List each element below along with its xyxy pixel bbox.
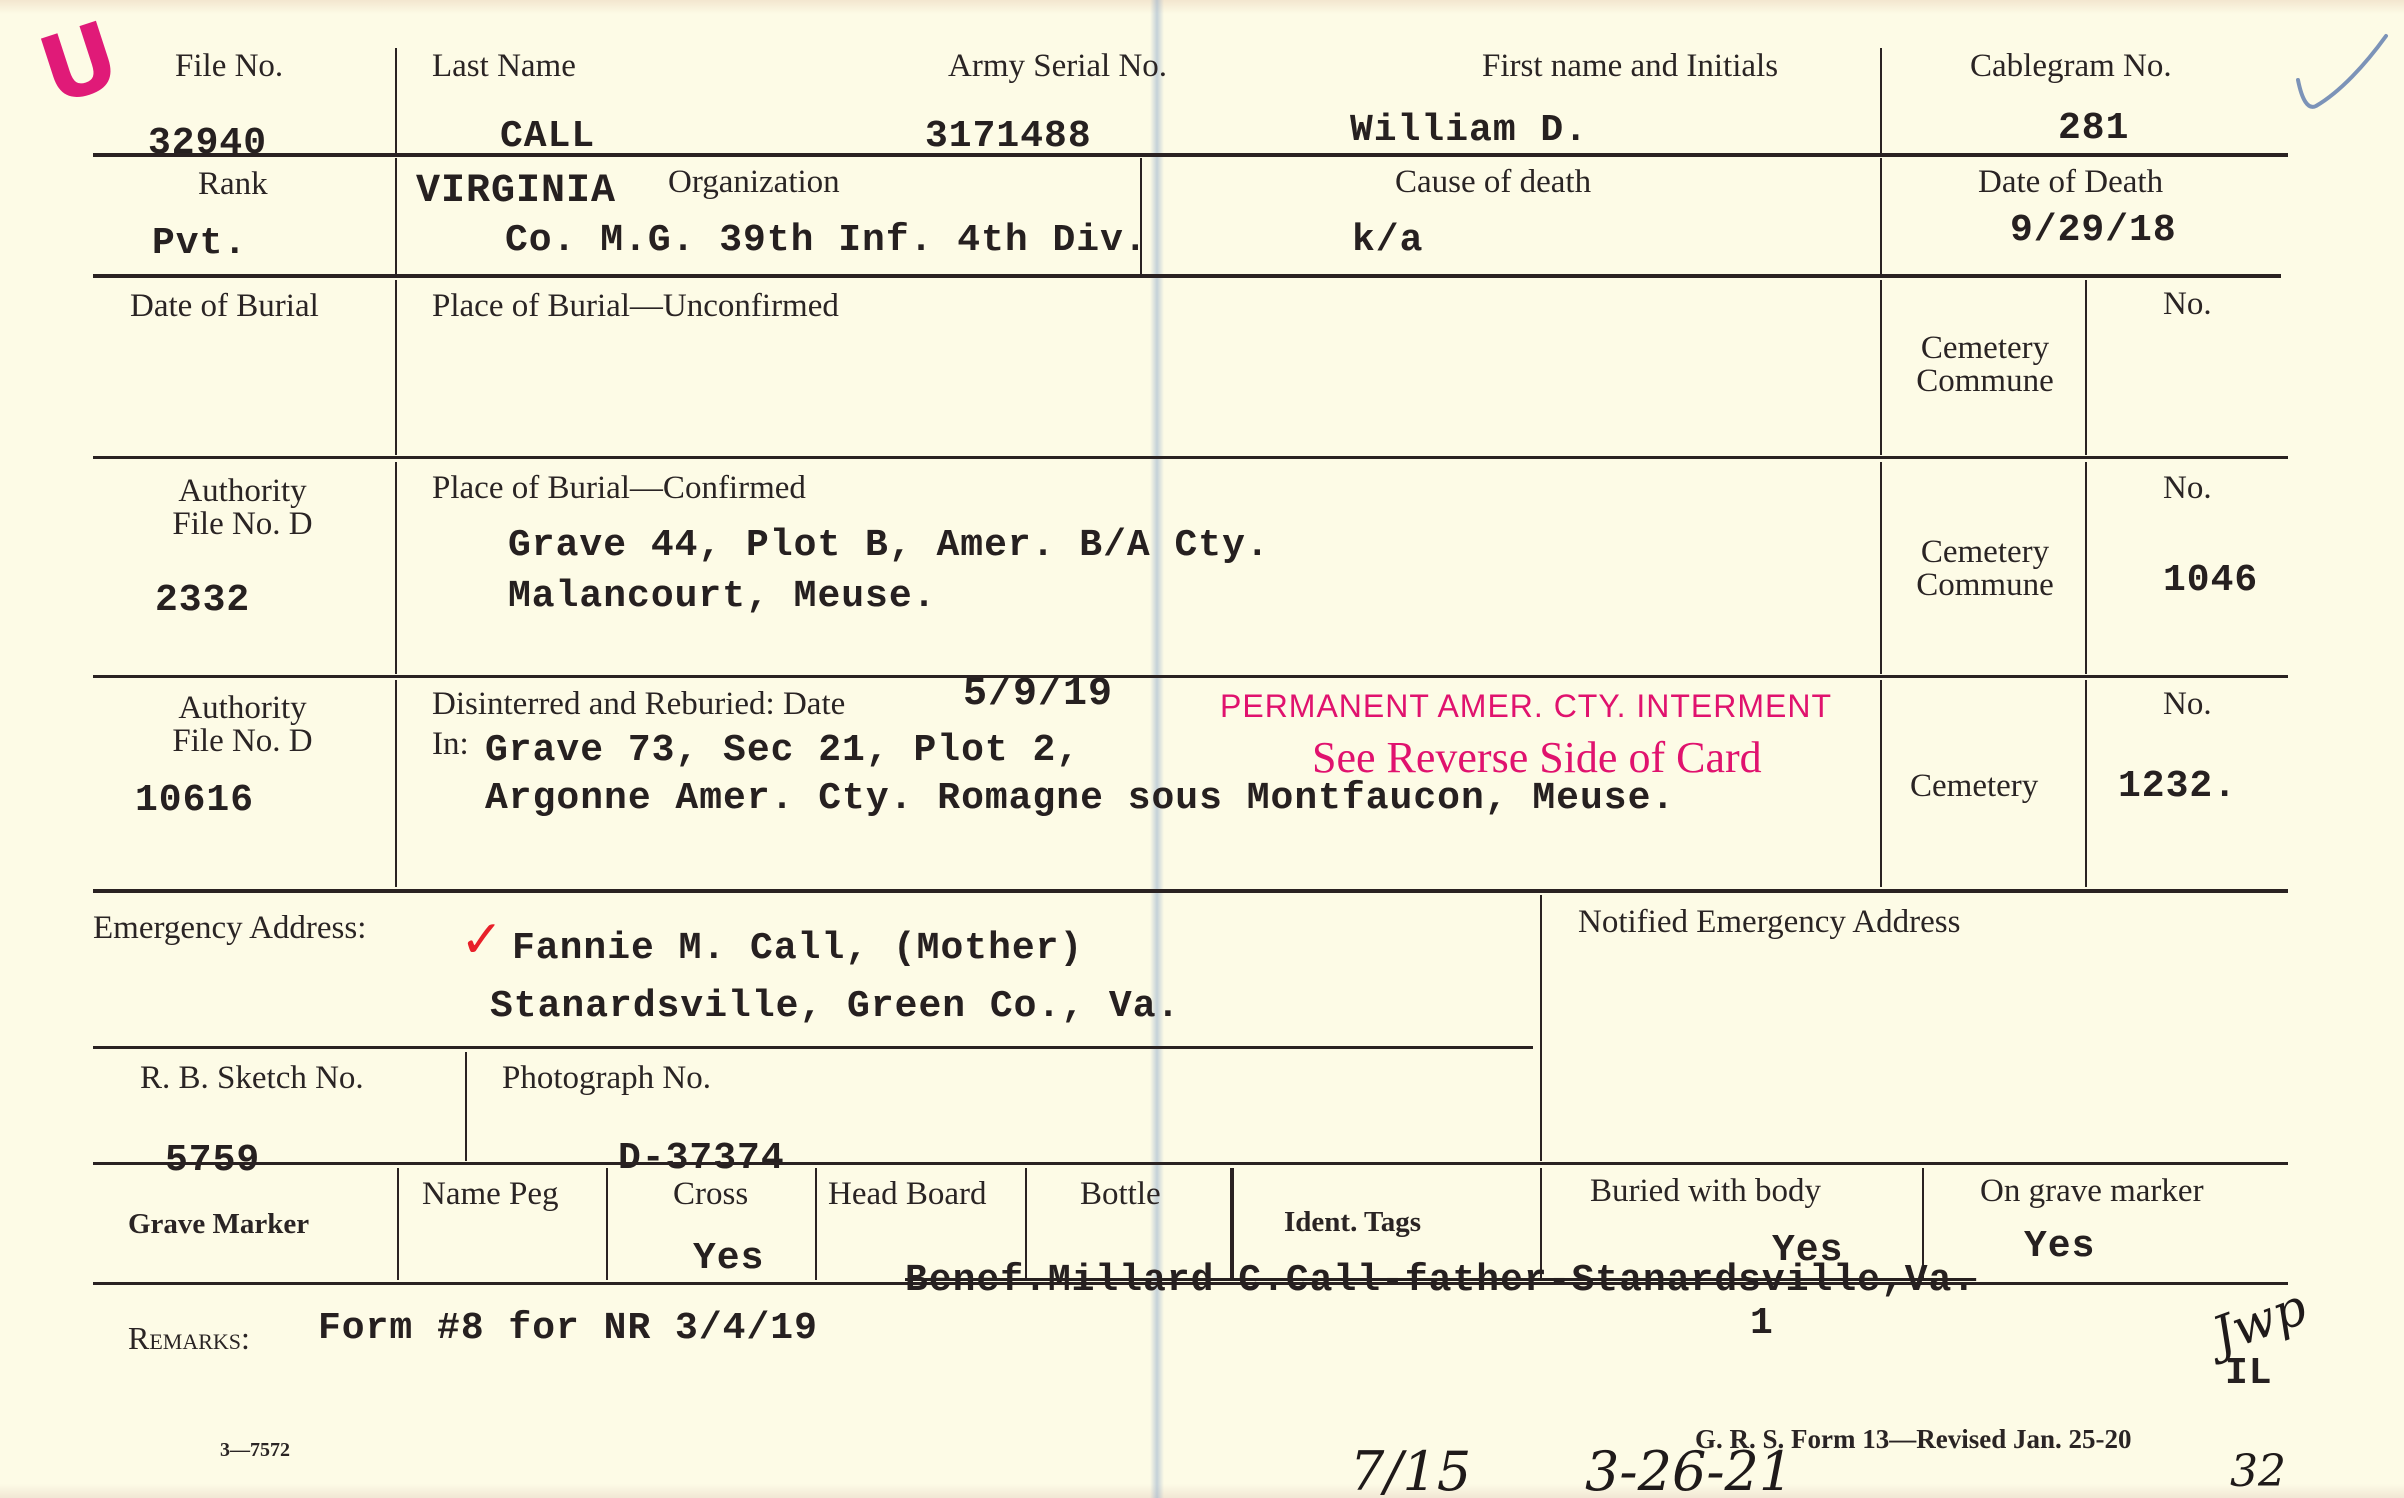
divider — [1880, 48, 1882, 153]
file-no-value: 32940 — [148, 125, 267, 163]
burial-card: U File No. 32940 Last Name CALL Army Ser… — [0, 0, 2404, 1498]
blue-check-icon — [2290, 30, 2390, 120]
place-confirmed-label: Place of Burial—Confirmed — [432, 472, 806, 505]
red-check-icon: ✓ — [460, 910, 504, 970]
row-line — [93, 456, 2288, 459]
notified-emergency-label: Notified Emergency Address — [1578, 906, 1960, 939]
reburial-line-2: Argonne Amer. Cty. Romagne sous Montfauc… — [485, 780, 1675, 818]
handwritten-code: 7/15 — [1350, 1440, 1471, 1498]
state-value: VIRGINIA — [416, 172, 616, 212]
divider — [2085, 462, 2087, 674]
u-stamp-mark: U — [27, 1, 131, 126]
remarks-count: 1 — [1750, 1305, 1774, 1343]
cemetery-label: Cemetery — [1910, 770, 2038, 803]
divider — [606, 1168, 608, 1280]
cemetery-commune-label: Cemetery Commune — [1900, 536, 2070, 602]
emergency-line-1: Fannie M. Call, (Mother) — [512, 930, 1083, 968]
cross-label: Cross — [673, 1178, 748, 1211]
file-no-label: File No. — [175, 50, 283, 83]
authority-label: Authority — [140, 692, 345, 725]
photograph-value: D-37374 — [618, 1140, 785, 1178]
cross-value: Yes — [693, 1240, 764, 1278]
handwritten-date: 3-26-21 — [1585, 1440, 1793, 1498]
permanent-interment-stamp: PERMANENT AMER. CTY. INTERMENT — [1220, 688, 1832, 725]
no-label: No. — [2163, 472, 2212, 505]
see-reverse-stamp: See Reverse Side of Card — [1312, 732, 1762, 783]
cemetery-commune-label: Cemetery Commune — [1900, 332, 2070, 398]
no-label: No. — [2163, 688, 2212, 721]
ident-tags-label: Ident. Tags — [1284, 1208, 1421, 1237]
cablegram-label: Cablegram No. — [1970, 50, 2172, 83]
divider — [1880, 158, 1882, 274]
rank-label: Rank — [198, 168, 268, 201]
name-peg-label: Name Peg — [422, 1178, 559, 1211]
file-no-d-label: File No. D — [140, 508, 345, 541]
disinterred-date-value: 5/9/19 — [963, 675, 1113, 715]
initials-value: IL — [2225, 1355, 2273, 1393]
divider — [395, 158, 397, 274]
organization-label: Organization — [668, 166, 840, 199]
divider — [2085, 280, 2087, 455]
divider — [1880, 280, 1882, 455]
rb-sketch-value: 5759 — [165, 1142, 260, 1180]
divider — [395, 280, 397, 455]
divider — [395, 462, 397, 674]
cause-of-death-value: k/a — [1352, 222, 1423, 260]
cemetery-label: Cemetery — [1900, 332, 2070, 365]
reburial-line-1: Grave 73, Sec 21, Plot 2, — [485, 732, 1080, 770]
row-line — [93, 153, 2288, 157]
divider — [465, 1052, 467, 1161]
place-confirmed-line-1: Grave 44, Plot B, Amer. B/A Cty. — [508, 527, 1270, 565]
first-name-value: William D. — [1350, 112, 1588, 150]
divider — [1540, 895, 1542, 1161]
row-line — [93, 1046, 1533, 1049]
place-confirmed-line-2: Malancourt, Meuse. — [508, 578, 936, 616]
rank-value: Pvt. — [152, 225, 247, 263]
on-grave-marker-value: Yes — [2024, 1228, 2095, 1266]
divider — [395, 680, 397, 887]
print-code: 3—7572 — [220, 1440, 290, 1460]
cemetery-no-value: 1046 — [2163, 562, 2258, 600]
no-label: No. — [2163, 288, 2212, 321]
bottle-label: Bottle — [1080, 1178, 1161, 1211]
place-unconfirmed-label: Place of Burial—Unconfirmed — [432, 290, 839, 323]
authority-no-value: 2332 — [155, 582, 250, 620]
divider — [1880, 680, 1882, 887]
organization-value: Co. M.G. 39th Inf. 4th Div. — [505, 222, 1148, 260]
army-serial-label: Army Serial No. — [948, 50, 1167, 83]
date-of-burial-label: Date of Burial — [130, 290, 319, 323]
divider — [397, 1168, 399, 1280]
divider — [395, 48, 397, 153]
cause-of-death-label: Cause of death — [1395, 166, 1591, 199]
date-of-death-value: 9/29/18 — [2010, 212, 2177, 250]
commune-label: Commune — [1900, 569, 2070, 602]
photograph-label: Photograph No. — [502, 1062, 711, 1095]
cemetery-label: Cemetery — [1900, 536, 2070, 569]
head-board-label: Head Board — [828, 1178, 987, 1211]
authority-no-value: 10616 — [135, 782, 254, 820]
beneficiary-text: Benef.Millard C.Call-father-Stanardsvill… — [905, 1262, 1976, 1300]
remarks-label: Remarks: — [128, 1322, 250, 1354]
divider — [2085, 680, 2087, 887]
emergency-line-2: Stanardsville, Green Co., Va. — [490, 988, 1180, 1026]
row-line — [93, 675, 2288, 678]
row-line — [93, 889, 2288, 893]
authority-file-label: Authority File No. D — [140, 692, 345, 758]
emergency-address-label: Emergency Address: — [93, 912, 366, 945]
cablegram-value: 281 — [2058, 110, 2129, 148]
authority-file-label: Authority File No. D — [140, 475, 345, 541]
on-grave-marker-label: On grave marker — [1980, 1175, 2204, 1208]
buried-with-body-label: Buried with body — [1590, 1175, 1821, 1208]
cemetery-no-value: 1232. — [2118, 768, 2237, 806]
row-line — [93, 274, 2281, 278]
grave-marker-label: Grave Marker — [128, 1210, 309, 1239]
authority-label: Authority — [140, 475, 345, 508]
last-name-value: CALL — [500, 118, 595, 156]
last-name-label: Last Name — [432, 50, 576, 83]
divider — [1140, 158, 1142, 274]
in-label: In: — [432, 728, 469, 761]
file-no-d-label: File No. D — [140, 725, 345, 758]
commune-label: Commune — [1900, 365, 2070, 398]
disinterred-label: Disinterred and Reburied: Date — [432, 688, 845, 721]
rb-sketch-label: R. B. Sketch No. — [140, 1062, 364, 1095]
handwritten-page: 32 — [2230, 1446, 2286, 1497]
army-serial-value: 3171488 — [925, 118, 1092, 156]
row-line — [93, 1162, 2288, 1165]
date-of-death-label: Date of Death — [1978, 166, 2163, 199]
first-name-label: First name and Initials — [1482, 50, 1778, 83]
remarks-text: Form #8 for NR 3/4/19 — [318, 1310, 818, 1348]
divider — [1880, 462, 1882, 674]
divider — [815, 1168, 817, 1280]
